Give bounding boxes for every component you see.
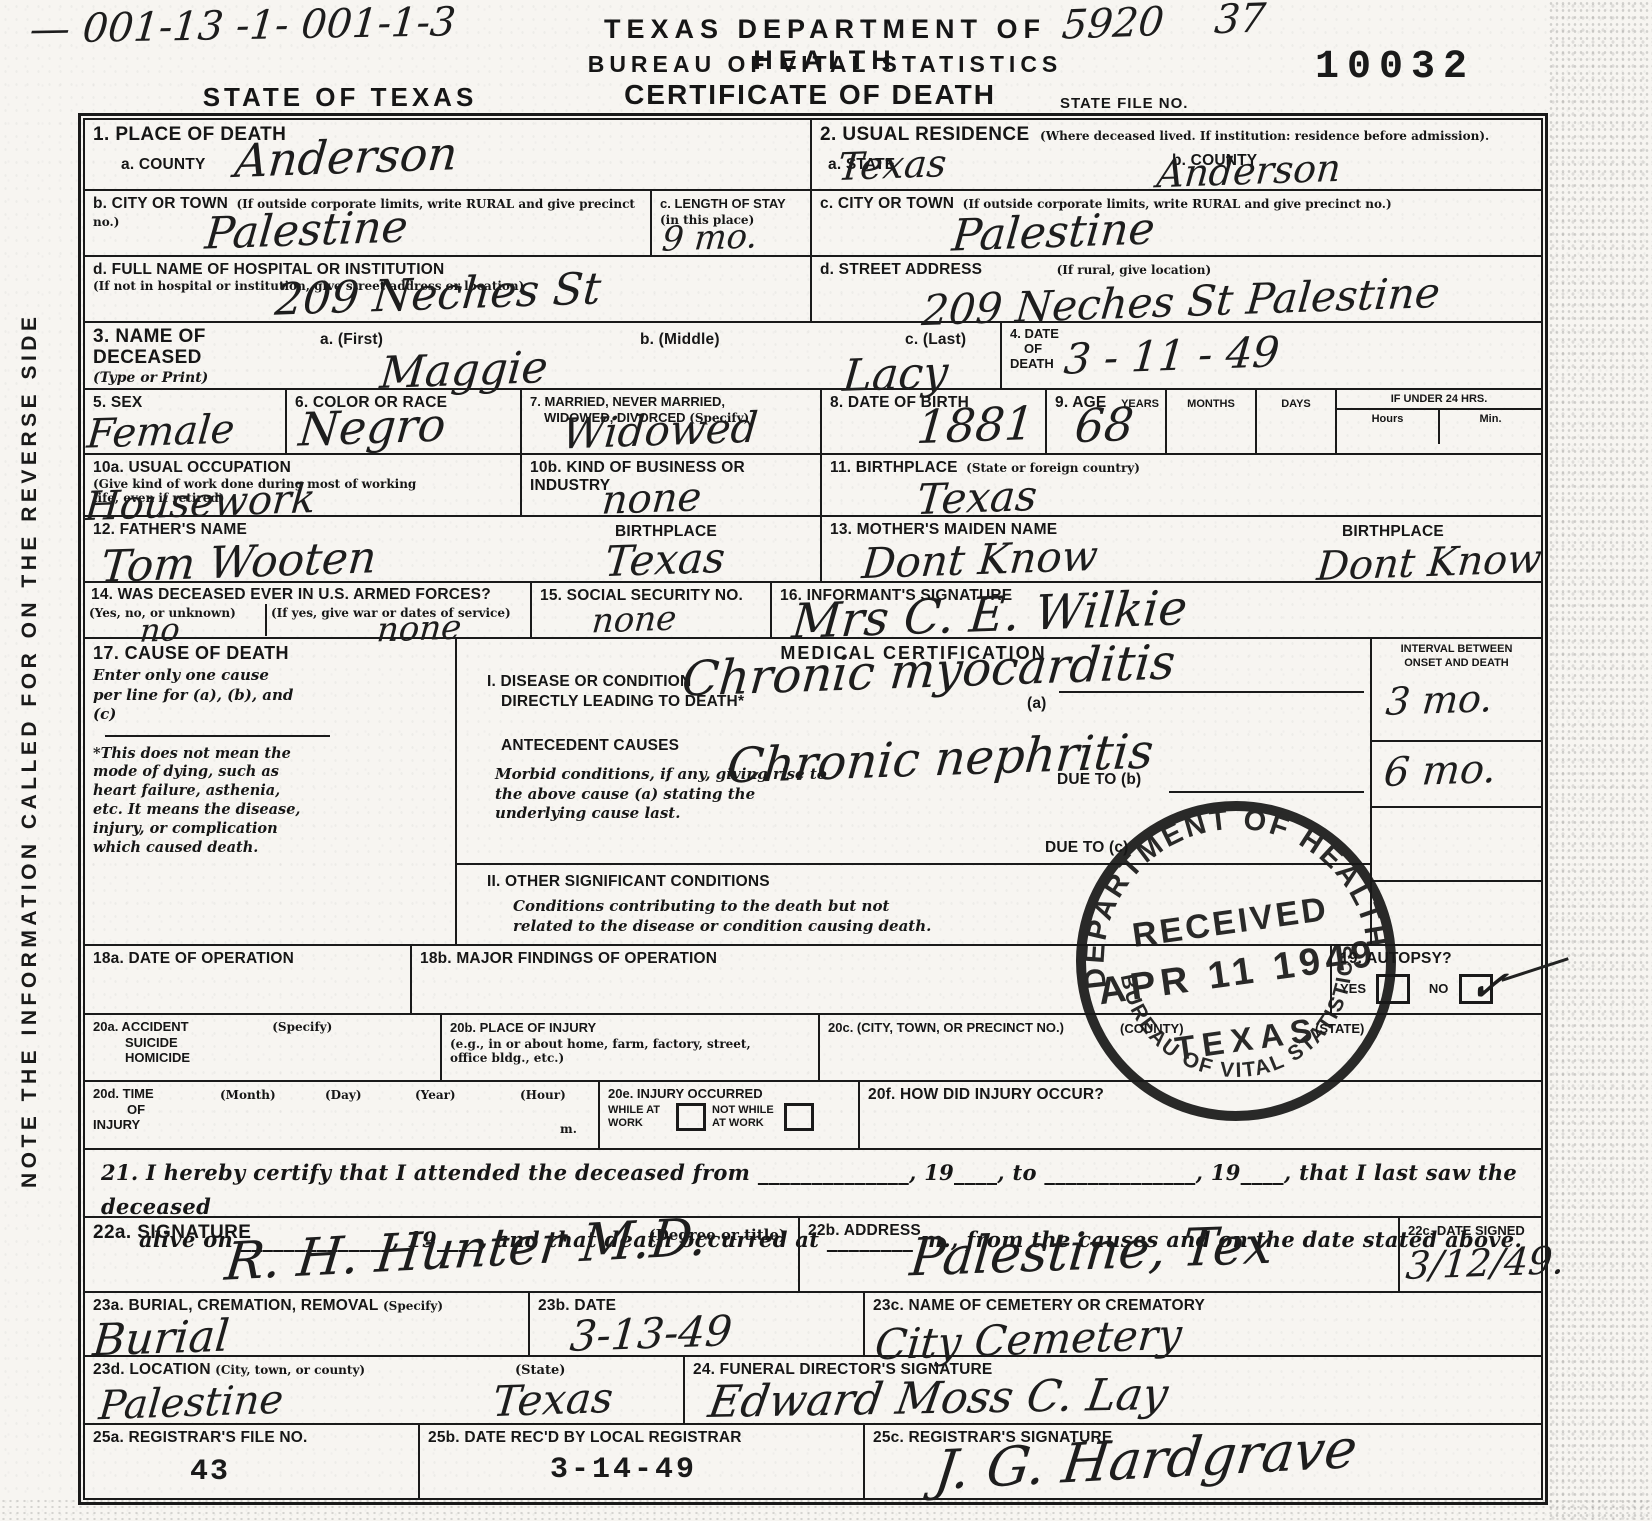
father-birthplace-value: Texas — [603, 537, 727, 583]
age-under24-cell: IF UNDER 24 HRS. Hours Min. — [1337, 390, 1541, 453]
length-of-stay-label: c. LENGTH OF STAY — [660, 196, 786, 211]
date-signed-label: 22c. DATE SIGNED — [1408, 1223, 1525, 1238]
state-file-no-label: STATE FILE NO. — [1060, 95, 1188, 112]
accident-cell: 20a. ACCIDENT (Specify) SUICIDE HOMICIDE — [85, 1015, 442, 1080]
usual-residence-cell: 2. USUAL RESIDENCE (Where deceased lived… — [812, 120, 1541, 189]
birthplace-value: Texas — [915, 475, 1039, 521]
armed-forces-cell: 14. WAS DECEASED EVER IN U.S. ARMED FORC… — [85, 583, 532, 637]
instruction-divider — [105, 735, 330, 737]
not-while-at-work-checkbox — [784, 1103, 814, 1131]
how-injury-label: 20f. HOW DID INJURY OCCUR? — [868, 1086, 1104, 1103]
ssn-value: none — [591, 601, 678, 638]
interval-rule-3 — [1372, 880, 1541, 882]
date-signed-cell: 22c. DATE SIGNED 3/12/49. — [1400, 1218, 1541, 1291]
physician-address-label: 22b. ADDRESS — [808, 1222, 921, 1239]
interval-label-1: INTERVAL BETWEEN — [1401, 643, 1513, 655]
length-of-stay-cell: c. LENGTH OF STAY (in this place) 9 mo. — [652, 191, 812, 255]
interval-a-value: 3 mo. — [1384, 679, 1494, 721]
middle-name-label: b. (Middle) — [640, 331, 720, 349]
autopsy-label: 19. AUTOPSY? — [1340, 950, 1452, 967]
age-value: 68 — [1073, 401, 1136, 449]
physician-address-value: Palestine, Tex — [908, 1220, 1276, 1285]
mother-birthplace-label: BIRTHPLACE — [1342, 523, 1444, 541]
burial-specify-note: (Specify) — [383, 1299, 443, 1313]
date-signed-value: 3/12/49. — [1404, 1241, 1566, 1285]
burial-location-note: (City, town, or county) — [215, 1363, 365, 1377]
registrar-date-cell: 25b. DATE REC'D BY LOCAL REGISTRAR 3-14-… — [420, 1425, 865, 1498]
ssn-cell: 15. SOCIAL SECURITY NO. none — [532, 583, 772, 637]
certify-line-1: 21. I hereby certify that I attended the… — [101, 1156, 1531, 1223]
autopsy-cell: 19. AUTOPSY? YES NO ✓ — [1332, 946, 1541, 1013]
interval-label-2: ONSET AND DEATH — [1404, 657, 1509, 669]
cause-b-value: Chronic nephritis — [725, 727, 1155, 790]
residence-city-cell: c. CITY OR TOWN (If outside corporate li… — [812, 191, 1541, 255]
registrar-file-value: 43 — [190, 1457, 230, 1487]
row-city-stay: b. CITY OR TOWN (If outside corporate li… — [85, 191, 1541, 257]
medical-certification-cell: MEDICAL CERTIFICATION I. DISEASE OR COND… — [457, 639, 1372, 944]
state-file-no-value: 10032 — [1315, 48, 1475, 88]
occupation-cell: 10a. USUAL OCCUPATION (Give kind of work… — [85, 455, 522, 515]
major-findings-label: 18b. MAJOR FINDINGS OF OPERATION — [420, 950, 717, 967]
injury-county-label: (COUNTY) — [1120, 1021, 1184, 1036]
row-place-residence: 1. PLACE OF DEATH a. COUNTY Anderson 2. … — [85, 120, 1541, 191]
burial-location-cell: 23d. LOCATION (City, town, or county) (S… — [85, 1357, 685, 1423]
usual-residence-note: (Where deceased lived. If institution: r… — [1040, 129, 1489, 143]
injury-city-cell: 20c. (CITY, TOWN, OR PRECINCT NO.) (COUN… — [820, 1015, 1541, 1080]
while-at-work-checkbox — [676, 1103, 706, 1131]
line-b-rule — [1169, 791, 1364, 793]
injury-occurred-label: 20e. INJURY OCCURRED — [608, 1086, 850, 1101]
row-hospital-street: d. FULL NAME OF HOSPITAL OR INSTITUTION … — [85, 257, 1541, 323]
death-city-cell: b. CITY OR TOWN (If outside corporate li… — [85, 191, 652, 255]
row-occupation-birthplace: 10a. USUAL OCCUPATION (Give kind of work… — [85, 455, 1541, 517]
time-of-injury-cell: 20d. TIME OF INJURY (Month) (Day) (Year)… — [85, 1082, 600, 1148]
occupation-label: 10a. USUAL OCCUPATION — [93, 459, 291, 476]
accident-label-1: 20a. ACCIDENT — [93, 1019, 189, 1034]
cause-of-death-cell: 17. CAUSE OF DEATH Enter only one cause … — [85, 639, 457, 944]
row-physician: 22a. SIGNATURE (Degree or title) R. H. H… — [85, 1218, 1541, 1293]
date-of-death-cell: 4. DATE OF DEATH 3 - 11 - 49 — [1002, 323, 1541, 388]
father-cell: 12. FATHER'S NAME BIRTHPLACE Tom Wooten … — [85, 517, 822, 581]
cause-instruction-1: Enter only one cause per line for (a), (… — [93, 666, 298, 725]
time-year-label: (Year) — [415, 1088, 456, 1102]
physician-signature-value: R. H. Hunter M.D. — [223, 1211, 710, 1289]
sex-value: Female — [85, 409, 236, 454]
birthplace-cell: 11. BIRTHPLACE (State or foreign country… — [822, 455, 1541, 515]
marital-status-cell: 7. MARRIED, NEVER MARRIED, WIDOWED, DIVO… — [522, 390, 822, 453]
injury-city-label: 20c. (CITY, TOWN, OR PRECINCT NO.) — [828, 1020, 1064, 1035]
row-time-of-injury: 20d. TIME OF INJURY (Month) (Day) (Year)… — [85, 1082, 1541, 1150]
other-conditions-label: II. OTHER SIGNIFICANT CONDITIONS — [487, 873, 770, 891]
row-certify-statement: 21. I hereby certify that I attended the… — [85, 1150, 1541, 1218]
row-parents: 12. FATHER'S NAME BIRTHPLACE Tom Wooten … — [85, 517, 1541, 583]
residence-city-value: Palestine — [950, 207, 1156, 258]
how-injury-cell: 20f. HOW DID INJURY OCCUR? — [860, 1082, 1541, 1148]
other-conditions-divider — [457, 863, 1370, 865]
interval-rule-2 — [1372, 806, 1541, 808]
not-while-at-work-label: NOT WHILE AT WORK — [712, 1104, 778, 1130]
marital-value: Widowed — [560, 407, 759, 456]
occupation-value: Housework — [83, 479, 317, 527]
funeral-director-value: Edward Moss C. Lay — [706, 1373, 1171, 1425]
place-of-death-county-cell: 1. PLACE OF DEATH a. COUNTY Anderson — [85, 120, 812, 189]
injury-state-label: (STATE) — [1315, 1021, 1364, 1036]
row-forces-ssn-informant: 14. WAS DECEASED EVER IN U.S. ARMED FORC… — [85, 583, 1541, 639]
residence-state-value: Texas — [836, 144, 948, 186]
accident-label-3: HOMICIDE — [125, 1050, 190, 1065]
cemetery-cell: 23c. NAME OF CEMETERY OR CREMATORY City … — [865, 1293, 1541, 1355]
row-sex-race-age: 5. SEX Female 6. COLOR OR RACE Negro 7. … — [85, 390, 1541, 455]
physician-address-cell: 22b. ADDRESS Palestine, Tex — [800, 1218, 1400, 1291]
industry-cell: 10b. KIND OF BUSINESS OR INDUSTRY none — [522, 455, 822, 515]
burial-type-value: Burial — [91, 1315, 231, 1364]
state-of-texas-title: STATE OF TEXAS — [140, 82, 540, 113]
cemetery-value: City Cemetery — [873, 1314, 1183, 1367]
sex-label: 5. SEX — [93, 394, 142, 411]
burial-location-value: Palestine — [97, 1380, 285, 1427]
major-findings-cell: 18b. MAJOR FINDINGS OF OPERATION — [412, 946, 1332, 1013]
dob-value: 1881 — [915, 400, 1036, 450]
under24-label: IF UNDER 24 HRS. — [1337, 390, 1541, 410]
bureau-title: BUREAU OF VITAL STATISTICS — [545, 51, 1105, 78]
autopsy-no-label: NO — [1429, 981, 1449, 996]
age-days-cell: DAYS — [1257, 390, 1337, 453]
race-value: Negro — [297, 401, 448, 452]
while-at-work-label: WHILE AT WORK — [608, 1104, 670, 1130]
time-label-1: 20d. TIME — [93, 1086, 154, 1101]
under24-hours-label: Hours — [1337, 410, 1440, 444]
row-location-funeral: 23d. LOCATION (City, town, or county) (S… — [85, 1357, 1541, 1425]
race-cell: 6. COLOR OR RACE Negro — [287, 390, 522, 453]
mother-cell: 13. MOTHER'S MAIDEN NAME BIRTHPLACE Dont… — [822, 517, 1541, 581]
scan-noise-right — [1548, 0, 1652, 1521]
autopsy-yes-label: YES — [1340, 981, 1366, 996]
mother-value: Dont Know — [860, 535, 1099, 585]
cause-a-value: Chronic myocarditis — [680, 638, 1177, 703]
autopsy-yes-checkbox — [1376, 974, 1410, 1004]
county-label: a. COUNTY — [121, 156, 205, 174]
row-name-dod: 3. NAME OF DECEASED (Type or Print) a. (… — [85, 323, 1541, 390]
time-day-label: (Day) — [325, 1088, 362, 1102]
injury-occurred-cell: 20e. INJURY OCCURRED WHILE AT WORK NOT W… — [600, 1082, 860, 1148]
death-certificate-form: 1. PLACE OF DEATH a. COUNTY Anderson 2. … — [78, 113, 1548, 1505]
disease-label-1: I. DISEASE OR CONDITION — [487, 673, 691, 691]
dod-label-2: OF — [1024, 341, 1042, 356]
other-conditions-note: Conditions contributing to the death but… — [513, 897, 933, 936]
row-medical-certification: 17. CAUSE OF DEATH Enter only one cause … — [85, 639, 1541, 946]
row-registrar: 25a. REGISTRAR'S FILE NO. 43 25b. DATE R… — [85, 1425, 1541, 1498]
time-m-label: m. — [560, 1122, 577, 1136]
burial-date-value: 3-13-49 — [568, 1310, 734, 1358]
interval-cell: INTERVAL BETWEEN ONSET AND DEATH 3 mo. 6… — [1372, 639, 1541, 944]
under24-min-label: Min. — [1440, 410, 1541, 444]
time-month-label: (Month) — [220, 1088, 276, 1102]
residence-city-label: c. CITY OR TOWN — [820, 195, 954, 212]
registrar-date-label: 25b. DATE REC'D BY LOCAL REGISTRAR — [428, 1429, 742, 1446]
interval-rule-1 — [1372, 740, 1541, 742]
armed-forces-value1: no — [139, 613, 182, 647]
place-of-injury-label: 20b. PLACE OF INJURY — [450, 1020, 596, 1035]
length-of-stay-value: 9 mo. — [661, 219, 759, 256]
place-of-injury-cell: 20b. PLACE OF INJURY (e.g., in or about … — [442, 1015, 820, 1080]
county-value: Anderson — [233, 130, 459, 184]
funeral-director-cell: 24. FUNERAL DIRECTOR'S SIGNATURE Edward … — [685, 1357, 1541, 1423]
physician-signature-cell: 22a. SIGNATURE (Degree or title) R. H. H… — [85, 1218, 800, 1291]
certify-statement-cell: 21. I hereby certify that I attended the… — [85, 1150, 1541, 1216]
death-city-value: Palestine — [203, 205, 409, 256]
street-address-cell: d. STREET ADDRESS (If rural, give locati… — [812, 257, 1541, 321]
registrar-date-value: 3-14-49 — [550, 1455, 697, 1485]
burial-date-cell: 23b. DATE 3-13-49 — [530, 1293, 865, 1355]
date-of-operation-label: 18a. DATE OF OPERATION — [93, 950, 294, 967]
antecedent-label: ANTECEDENT CAUSES — [501, 737, 679, 755]
dod-label-3: DEATH — [1010, 356, 1054, 371]
hospital-value: 209 Neches St — [273, 267, 603, 323]
accident-label-2: SUICIDE — [125, 1035, 178, 1050]
burial-type-cell: 23a. BURIAL, CREMATION, REMOVAL (Specify… — [85, 1293, 530, 1355]
age-years-cell: 9. AGE YEARS 68 — [1047, 390, 1167, 453]
date-of-operation-cell: 18a. DATE OF OPERATION — [85, 946, 412, 1013]
line-c-label: DUE TO (c) — [1045, 839, 1129, 857]
registrar-file-label: 25a. REGISTRAR'S FILE NO. — [93, 1429, 308, 1446]
street-address-note: (If rural, give location) — [1057, 263, 1212, 277]
hospital-cell: d. FULL NAME OF HOSPITAL OR INSTITUTION … — [85, 257, 812, 321]
handwritten-code: — 001-13 -1- 001-1-3 — [28, 2, 457, 49]
place-of-injury-note: (e.g., in or about home, farm, factory, … — [450, 1037, 780, 1065]
burial-type-label: 23a. BURIAL, CREMATION, REMOVAL — [93, 1297, 379, 1314]
informant-cell: 16. INFORMANT'S SIGNATURE Mrs C. E. Wilk… — [772, 583, 1541, 637]
certificate-title: CERTIFICATE OF DEATH — [585, 79, 1035, 111]
interval-b-value: 6 mo. — [1382, 749, 1498, 793]
first-name-label: a. (First) — [320, 331, 383, 349]
time-label-3: INJURY — [93, 1117, 140, 1132]
row-operation-autopsy: 18a. DATE OF OPERATION 18b. MAJOR FINDIN… — [85, 946, 1541, 1015]
row-burial: 23a. BURIAL, CREMATION, REMOVAL (Specify… — [85, 1293, 1541, 1357]
industry-value: none — [600, 477, 703, 521]
time-hour-label: (Hour) — [520, 1088, 566, 1102]
cause-instruction-2: *This does not mean the mode of dying, s… — [93, 745, 308, 858]
name-of-deceased-cell: 3. NAME OF DECEASED (Type or Print) a. (… — [85, 323, 1002, 388]
autopsy-no-checkmark: ✓ — [1466, 960, 1511, 1012]
name-of-deceased-label: 3. NAME OF DECEASED — [93, 327, 258, 369]
age-months-label: MONTHS — [1187, 398, 1235, 410]
reverse-side-note: NOTE THE INFORMATION CALLED FOR ON THE R… — [18, 313, 42, 1188]
burial-state-value: Texas — [491, 1377, 615, 1423]
first-name-value: Maggie — [378, 346, 549, 396]
date-of-death-value: 3 - 11 - 49 — [1062, 331, 1281, 381]
armed-forces-value2: none — [376, 610, 463, 647]
residence-county-value: Anderson — [1155, 149, 1342, 194]
line-a-label: (a) — [1027, 695, 1047, 713]
time-label-2: OF — [127, 1102, 145, 1117]
registrar-file-cell: 25a. REGISTRAR'S FILE NO. 43 — [85, 1425, 420, 1498]
father-value: Tom Wooten — [99, 536, 378, 590]
last-name-value: Lacy — [841, 351, 950, 399]
accident-specify-note: (Specify) — [272, 1020, 332, 1034]
age-months-cell: MONTHS — [1167, 390, 1257, 453]
handwritten-file-number: 5920 37 — [1060, 0, 1267, 46]
age-days-label: DAYS — [1281, 398, 1311, 410]
sex-cell: 5. SEX Female — [85, 390, 287, 453]
mother-birthplace-value: Dont Know — [1315, 539, 1543, 587]
row-accident-injury-place: 20a. ACCIDENT (Specify) SUICIDE HOMICIDE… — [85, 1015, 1541, 1082]
registrar-signature-cell: 25c. REGISTRAR'S SIGNATURE J. G. Hardgra… — [865, 1425, 1541, 1498]
street-address-label: d. STREET ADDRESS — [820, 261, 982, 278]
